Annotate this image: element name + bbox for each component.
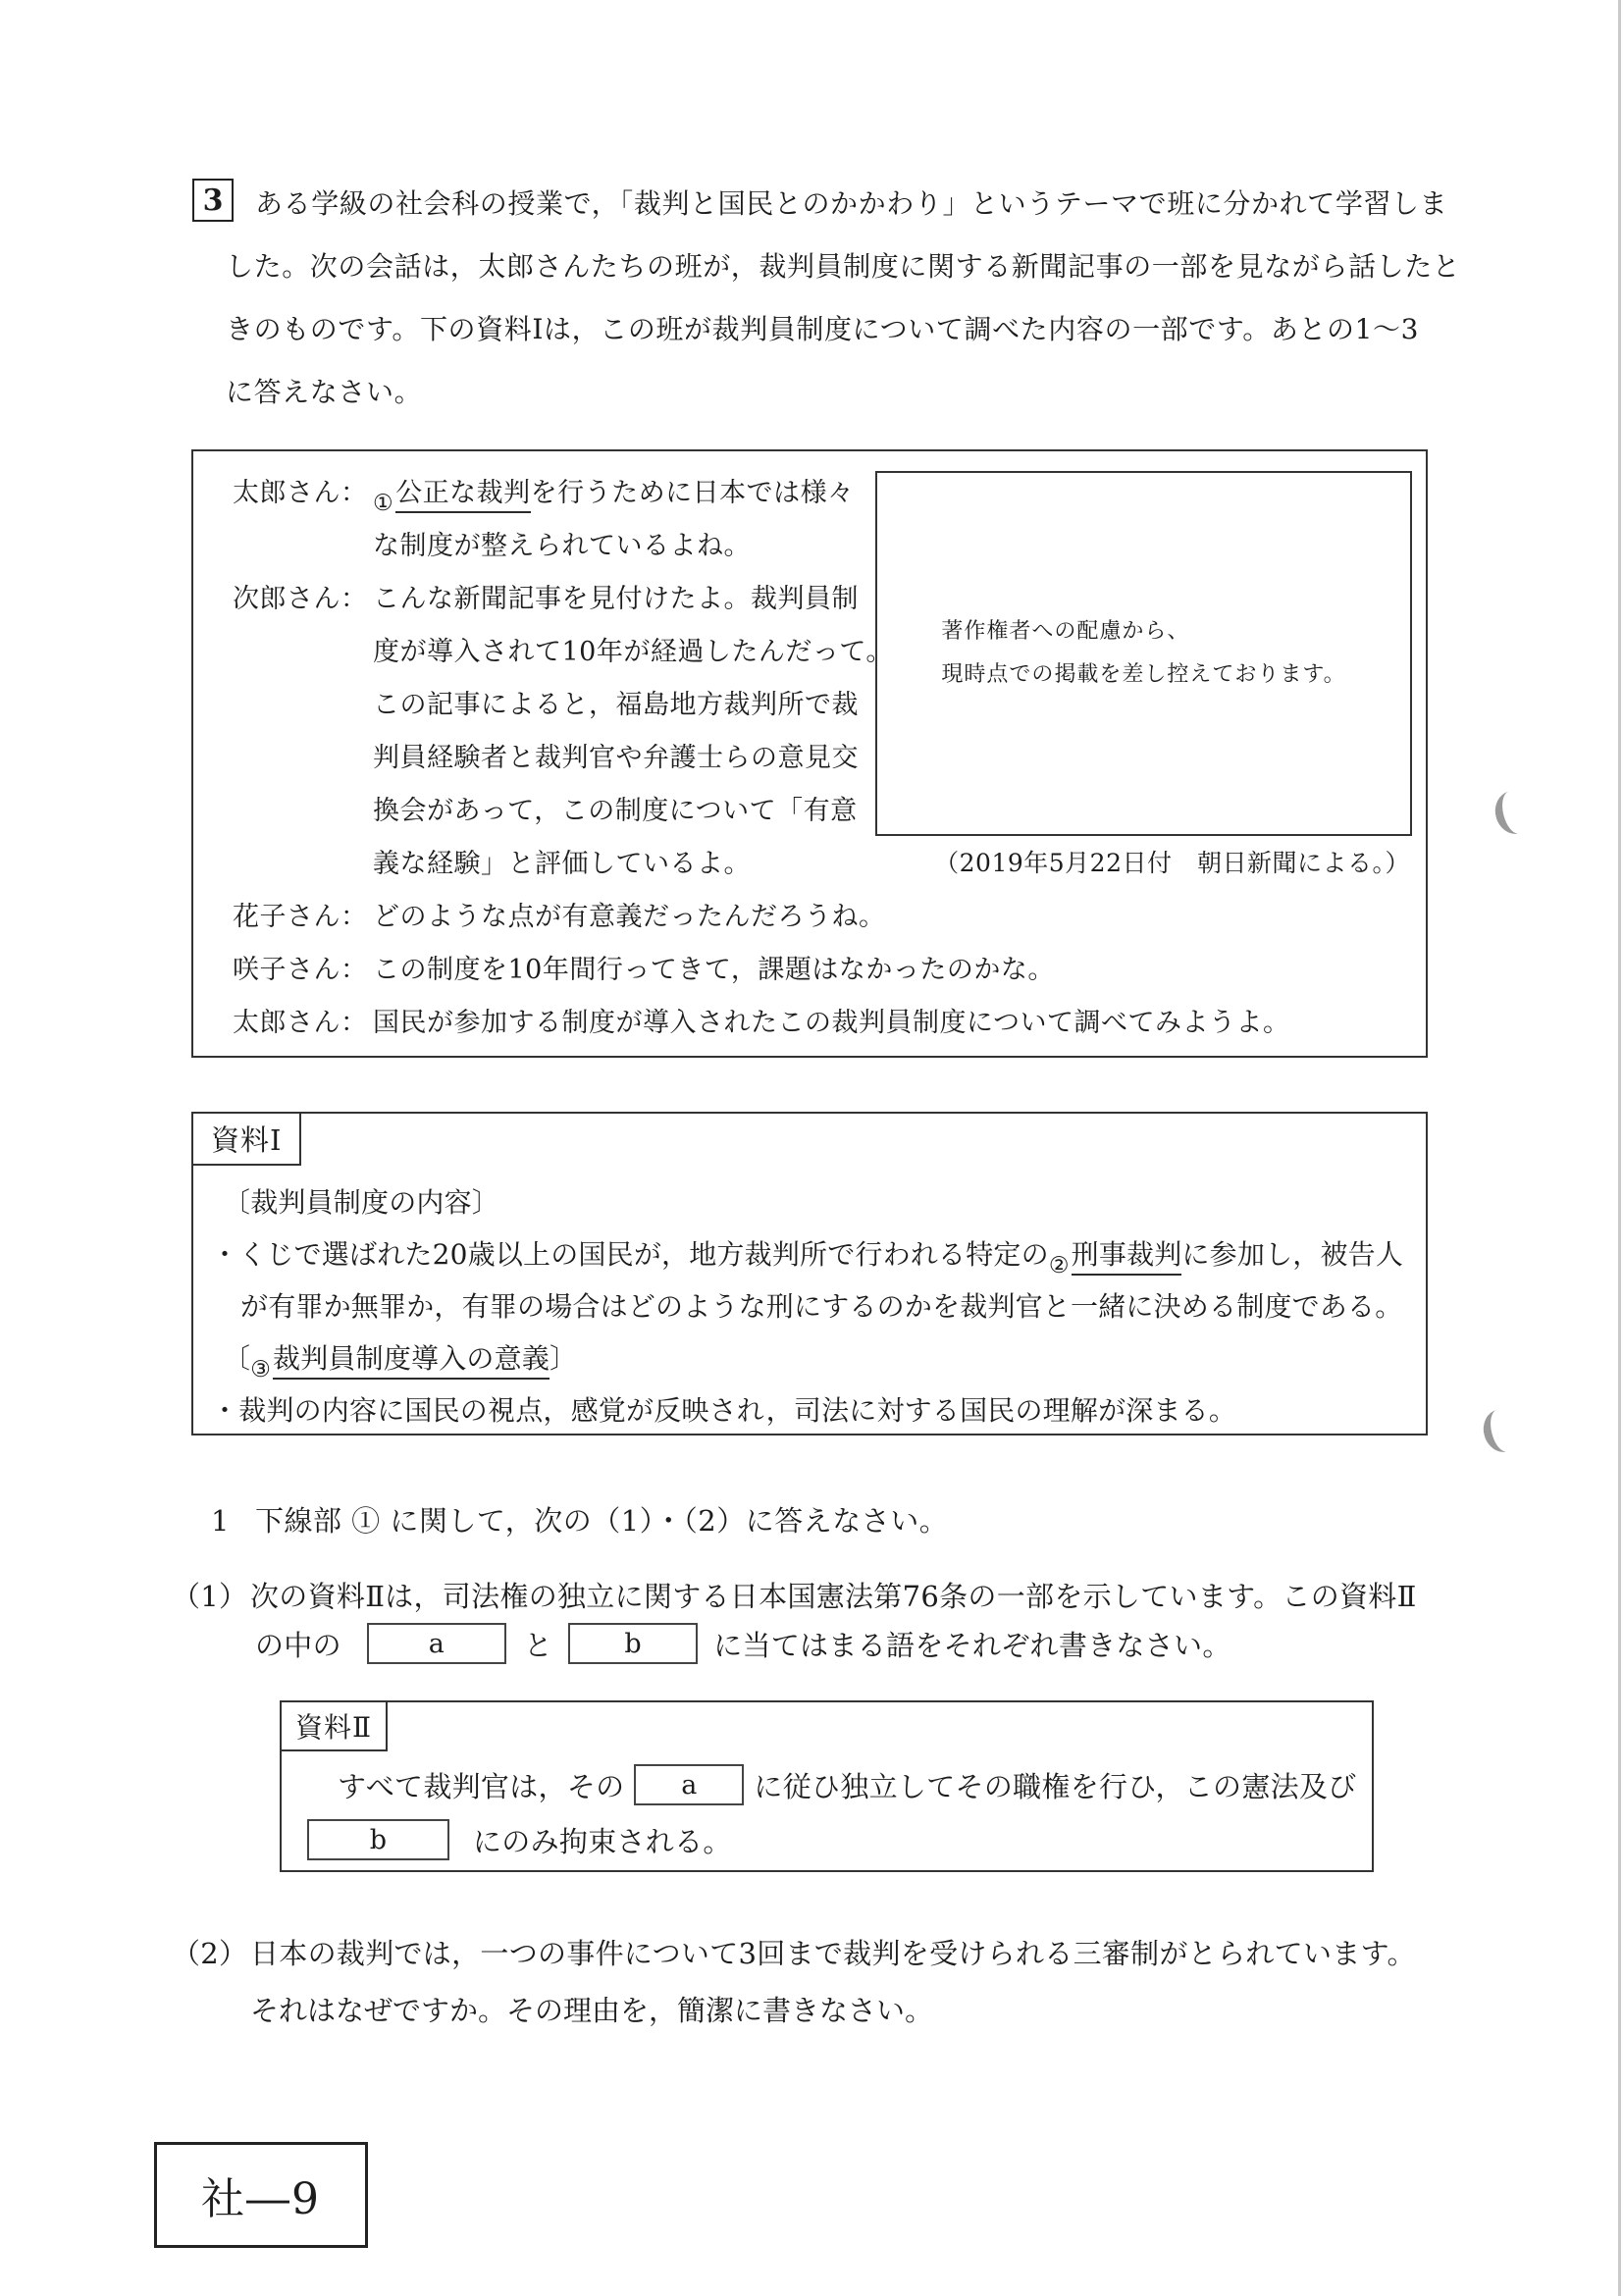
dialogue-row: 咲子さん： この制度を10年間行ってきて，課題はなかったのかな。	[233, 944, 1426, 997]
blank-b2-letter: b	[370, 1825, 388, 1855]
shiryo2-line2: b にのみ拘束される。	[307, 1816, 732, 1863]
dialogue-box: 太郎さん： ①公正な裁判を行うために日本では様々 な制度が整えられているよね。 …	[191, 449, 1428, 1058]
bracket-close: 〕	[550, 1342, 577, 1375]
dialogue-text: どのような点が有意義だったんだろうね。	[373, 891, 886, 944]
bracket-open: 〔	[223, 1342, 250, 1375]
exam-page: 3 ある学級の社会科の授業で，「裁判と国民とのかかわり」というテーマで班に分かれ…	[0, 0, 1623, 2296]
page-number: 社―9	[201, 2164, 321, 2226]
question-intro: ある学級の社会科の授業で，「裁判と国民とのかかわり」というテーマで班に分かれて学…	[226, 173, 1482, 424]
dialogue-text: 国民が参加する制度が導入されたこの裁判員制度について調べてみようよ。	[373, 997, 1289, 1050]
s2-line1-pre: すべて裁判官は，その	[338, 1765, 624, 1805]
question-1-text: 下線部 ① に関して，次の（1）・（2）に答えなさい。	[255, 1504, 948, 1538]
answer-blank-b2: b	[307, 1819, 449, 1860]
newspaper-caption: （2019年5月22日付 朝日新聞による。）	[934, 844, 1410, 879]
line2-pre: の中の	[255, 1624, 341, 1664]
subquestion-2: （2） 日本の裁判では，一つの事件について3回まで裁判を受けられる三審制がとられ…	[172, 1925, 1506, 2039]
blank-a2-letter: a	[681, 1770, 697, 1800]
subquestion-1-text: 次の資料Ⅱは，司法権の独立に関する日本国憲法第76条の一部を示しています。この資…	[250, 1570, 1417, 1624]
blank-b-letter: b	[624, 1629, 642, 1659]
shiryo1-heading-2: 〔③裁判員制度導入の意義〕	[211, 1332, 1418, 1384]
underlined-phrase-3: 裁判員制度導入の意義	[273, 1342, 550, 1380]
speaker-label: 太郎さん：	[233, 997, 373, 1050]
shiryo1-item-1-cont: が有罪か無罪か，有罪の場合はどのような刑にするのかを裁判官と一緒に決める制度であ…	[211, 1280, 1418, 1332]
scan-edge-line	[1618, 0, 1621, 2296]
subquestion-1-line2: の中の a と b に当てはまる語をそれぞれ書きなさい。	[255, 1621, 1231, 1666]
subquestion-1-line1: （1） 次の資料Ⅱは，司法権の独立に関する日本国憲法第76条の一部を示しています…	[172, 1570, 1477, 1624]
question-1-line: 1下線部 ① に関して，次の（1）・（2）に答えなさい。	[211, 1499, 948, 1539]
shiryo2-tab: 資料Ⅱ	[280, 1700, 388, 1751]
answer-blank-a: a	[367, 1623, 506, 1664]
conjunction: と	[524, 1624, 552, 1664]
page-number-box: 社―9	[154, 2142, 368, 2248]
s2-line2-post: にのみ拘束される。	[473, 1820, 732, 1860]
dialogue-row: 太郎さん： 国民が参加する制度が導入されたこの裁判員制度について調べてみようよ。	[233, 997, 1426, 1050]
copyright-notice: 著作権者への配慮から、 現時点での掲載を差し控えております。	[941, 610, 1345, 697]
s2-line1-post: に従ひ独立してその職権を行ひ，この憲法及び	[754, 1765, 1356, 1805]
shiryo1-content: 〔裁判員制度の内容〕 ・くじで選ばれた20歳以上の国民が，地方裁判所で行われる特…	[211, 1176, 1418, 1436]
binding-mark	[1479, 1405, 1526, 1456]
underline-marker-2: ②	[1049, 1253, 1070, 1278]
subquestion-2-label: （2）	[172, 1925, 250, 1982]
shiryo2-line1: すべて裁判官は，その a に従ひ独立してその職権を行ひ，この憲法及び	[338, 1761, 1357, 1808]
binding-mark	[1491, 787, 1538, 838]
dialogue-text: この制度を10年間行ってきて，課題はなかったのかな。	[373, 944, 1055, 997]
answer-blank-a2: a	[634, 1764, 744, 1805]
speaker-label: 次郎さん：	[233, 573, 373, 891]
shiryo1-item-2: ・裁判の内容に国民の視点，感覚が反映され，司法に対する国民の理解が深まる。	[211, 1384, 1418, 1436]
newspaper-placeholder-box: 著作権者への配慮から、 現時点での掲載を差し控えております。	[875, 471, 1412, 836]
shiryo1-item-1: ・くじで選ばれた20歳以上の国民が，地方裁判所で行われる特定の②刑事裁判に参加し…	[211, 1228, 1418, 1280]
subquestion-2-line1: （2） 日本の裁判では，一つの事件について3回まで裁判を受けられる三審制がとられ…	[172, 1925, 1506, 1982]
line2-post: に当てはまる語をそれぞれ書きなさい。	[713, 1624, 1230, 1664]
question-1-label: 1	[211, 1504, 230, 1538]
underline-marker-3: ③	[250, 1357, 271, 1383]
dialogue-text: こんな新聞記事を見付けたよ。裁判員制 度が導入されて10年が経過したんだって。 …	[373, 573, 893, 891]
answer-blank-b: b	[568, 1623, 698, 1664]
dialogue-text: ①公正な裁判を行うために日本では様々 な制度が整えられているよね。	[373, 467, 855, 573]
shiryo1-box: 資料Ⅰ 〔裁判員制度の内容〕 ・くじで選ばれた20歳以上の国民が，地方裁判所で行…	[191, 1112, 1428, 1435]
underlined-phrase-1: 公正な裁判	[395, 478, 531, 513]
shiryo1-heading-1: 〔裁判員制度の内容〕	[211, 1176, 1418, 1228]
subquestion-1-label: （1）	[172, 1570, 250, 1624]
speaker-label: 花子さん：	[233, 891, 373, 944]
shiryo1-tab: 資料Ⅰ	[191, 1112, 301, 1166]
underline-marker-1: ①	[373, 491, 393, 516]
speaker-label: 太郎さん：	[233, 467, 373, 573]
subquestion-2-text: 日本の裁判では，一つの事件について3回まで裁判を受けられる三審制がとられています…	[250, 1925, 1416, 1982]
dialogue-row: 花子さん： どのような点が有意義だったんだろうね。	[233, 891, 1426, 944]
underlined-phrase-2: 刑事裁判	[1072, 1238, 1182, 1276]
subquestion-1: （1） 次の資料Ⅱは，司法権の独立に関する日本国憲法第76条の一部を示しています…	[172, 1570, 1477, 1624]
item1-post: に参加し，被告人	[1181, 1238, 1403, 1271]
item1-pre: ・くじで選ばれた20歳以上の国民が，地方裁判所で行われる特定の	[211, 1238, 1049, 1271]
shiryo2-box: 資料Ⅱ すべて裁判官は，その a に従ひ独立してその職権を行ひ，この憲法及び b…	[280, 1700, 1374, 1872]
subquestion-2-line2: それはなぜですか。その理由を，簡潔に書きなさい。	[172, 1982, 1506, 2039]
speaker-label: 咲子さん：	[233, 944, 373, 997]
question-number: 3	[203, 183, 224, 218]
blank-a-letter: a	[429, 1629, 445, 1659]
